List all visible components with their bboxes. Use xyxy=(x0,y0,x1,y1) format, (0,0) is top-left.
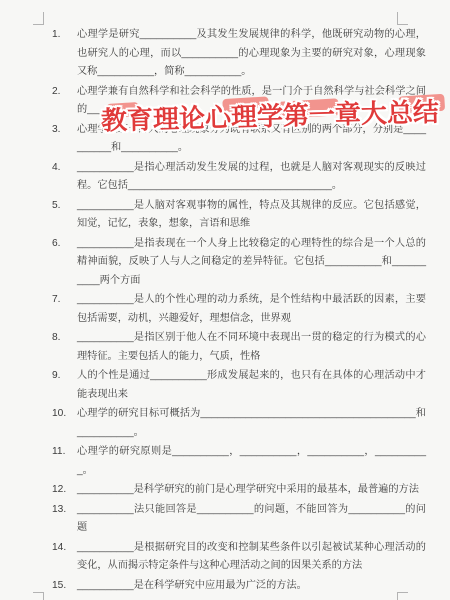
question-item-13: 13. __________法只能回答是__________的问题，不能回答为_… xyxy=(52,501,426,538)
question-text: 心理学是研究__________及其发生发展规律的科学，他既研究动物的心理，也研… xyxy=(77,26,426,82)
question-text: __________是在科学研究中应用最为广泛的方法。 xyxy=(77,577,426,596)
question-list: 1. 心理学是研究__________及其发生发展规律的科学，他既研究动物的心理… xyxy=(0,0,450,595)
question-number: 14. xyxy=(52,539,77,576)
question-item-10: 10. 心理学的研究目标可概括为________________________… xyxy=(52,405,426,442)
question-number: 6. xyxy=(52,235,77,291)
question-item-4: 4. __________是指心理活动发生发展的过程，也就是人脑对客观现实的反映… xyxy=(52,159,426,196)
question-number: 15. xyxy=(52,577,77,596)
question-number: 12. xyxy=(52,481,77,500)
question-number: 8. xyxy=(52,329,77,366)
question-number: 4. xyxy=(52,159,77,196)
margin-corner-bottom-right-mark xyxy=(397,592,408,600)
question-text: __________是指表现在一个人身上比较稳定的心理特性的综合是一个人总的精神… xyxy=(77,235,426,291)
question-item-8: 8. __________是指区别于他人在不同环境中表现出一贯的稳定的行为模式的… xyxy=(52,329,426,366)
question-number: 3. xyxy=(52,121,77,158)
question-item-2: 2. 心理学兼有自然科学和社会科学的性质，是一门介于自然科学与社会科学之间的__… xyxy=(52,83,426,120)
question-number: 1. xyxy=(52,26,77,82)
question-text: 心理学兼有自然科学和社会科学的性质，是一门介于自然科学与社会科学之间的_____… xyxy=(77,83,426,120)
question-text: __________是指心理活动发生发展的过程，也就是人脑对客观现实的反映过程。… xyxy=(77,159,426,196)
margin-corner-bottom-left-mark xyxy=(33,592,44,600)
question-number: 9. xyxy=(52,367,77,404)
question-text: 心理学的研究原则是__________，__________，_________… xyxy=(77,443,426,480)
question-text: 心理学把统一的人的心理现象分为既有联系又有区别的两个部分，分别是________… xyxy=(77,121,426,158)
question-number: 7. xyxy=(52,291,77,328)
question-item-1: 1. 心理学是研究__________及其发生发展规律的科学，他既研究动物的心理… xyxy=(52,26,426,82)
question-item-3: 3. 心理学把统一的人的心理现象分为既有联系又有区别的两个部分，分别是_____… xyxy=(52,121,426,158)
question-item-9: 9. 人的个性是通过__________形成发展起来的，也只有在具体的心理活动中… xyxy=(52,367,426,404)
question-item-6: 6. __________是指表现在一个人身上比较稳定的心理特性的综合是一个人总… xyxy=(52,235,426,291)
document-page: 1. 心理学是研究__________及其发生发展规律的科学，他既研究动物的心理… xyxy=(0,0,450,600)
question-item-11: 11. 心理学的研究原则是__________，__________，_____… xyxy=(52,443,426,480)
question-item-15: 15. __________是在科学研究中应用最为广泛的方法。 xyxy=(52,577,426,596)
question-text: __________是根据研究目的改变和控制某些条件以引起被试某种心理活动的变化… xyxy=(77,539,426,576)
question-item-7: 7. __________是人的个性心理的动力系统，是个性结构中最活跃的因素，主… xyxy=(52,291,426,328)
margin-corner-top-left-mark xyxy=(33,12,44,25)
question-text: __________法只能回答是__________的问题，不能回答为_____… xyxy=(77,501,426,538)
margin-corner-top-right-mark xyxy=(397,12,408,25)
question-number: 13. xyxy=(52,501,77,538)
question-item-5: 5. __________是人脑对客观事物的属性，特点及其规律的反应。它包括感觉… xyxy=(52,197,426,234)
question-item-12: 12. __________是科学研究的前门是心理学研究中采用的最基本，最普遍的… xyxy=(52,481,426,500)
question-number: 2. xyxy=(52,83,77,120)
question-text: 心理学的研究目标可概括为____________________________… xyxy=(77,405,426,442)
question-number: 5. xyxy=(52,197,77,234)
question-item-14: 14. __________是根据研究目的改变和控制某些条件以引起被试某种心理活… xyxy=(52,539,426,576)
question-text: __________是指区别于他人在不同环境中表现出一贯的稳定的行为模式的心理特… xyxy=(77,329,426,366)
question-text: __________是人的个性心理的动力系统，是个性结构中最活跃的因素，主要包括… xyxy=(77,291,426,328)
question-text: __________是科学研究的前门是心理学研究中采用的最基本，最普遍的方法 xyxy=(77,481,426,500)
question-number: 10. xyxy=(52,405,77,442)
question-text: __________是人脑对客观事物的属性，特点及其规律的反应。它包括感觉，知觉… xyxy=(77,197,426,234)
question-number: 11. xyxy=(52,443,77,480)
question-text: 人的个性是通过__________形成发展起来的，也只有在具体的心理活动中才能表… xyxy=(77,367,426,404)
